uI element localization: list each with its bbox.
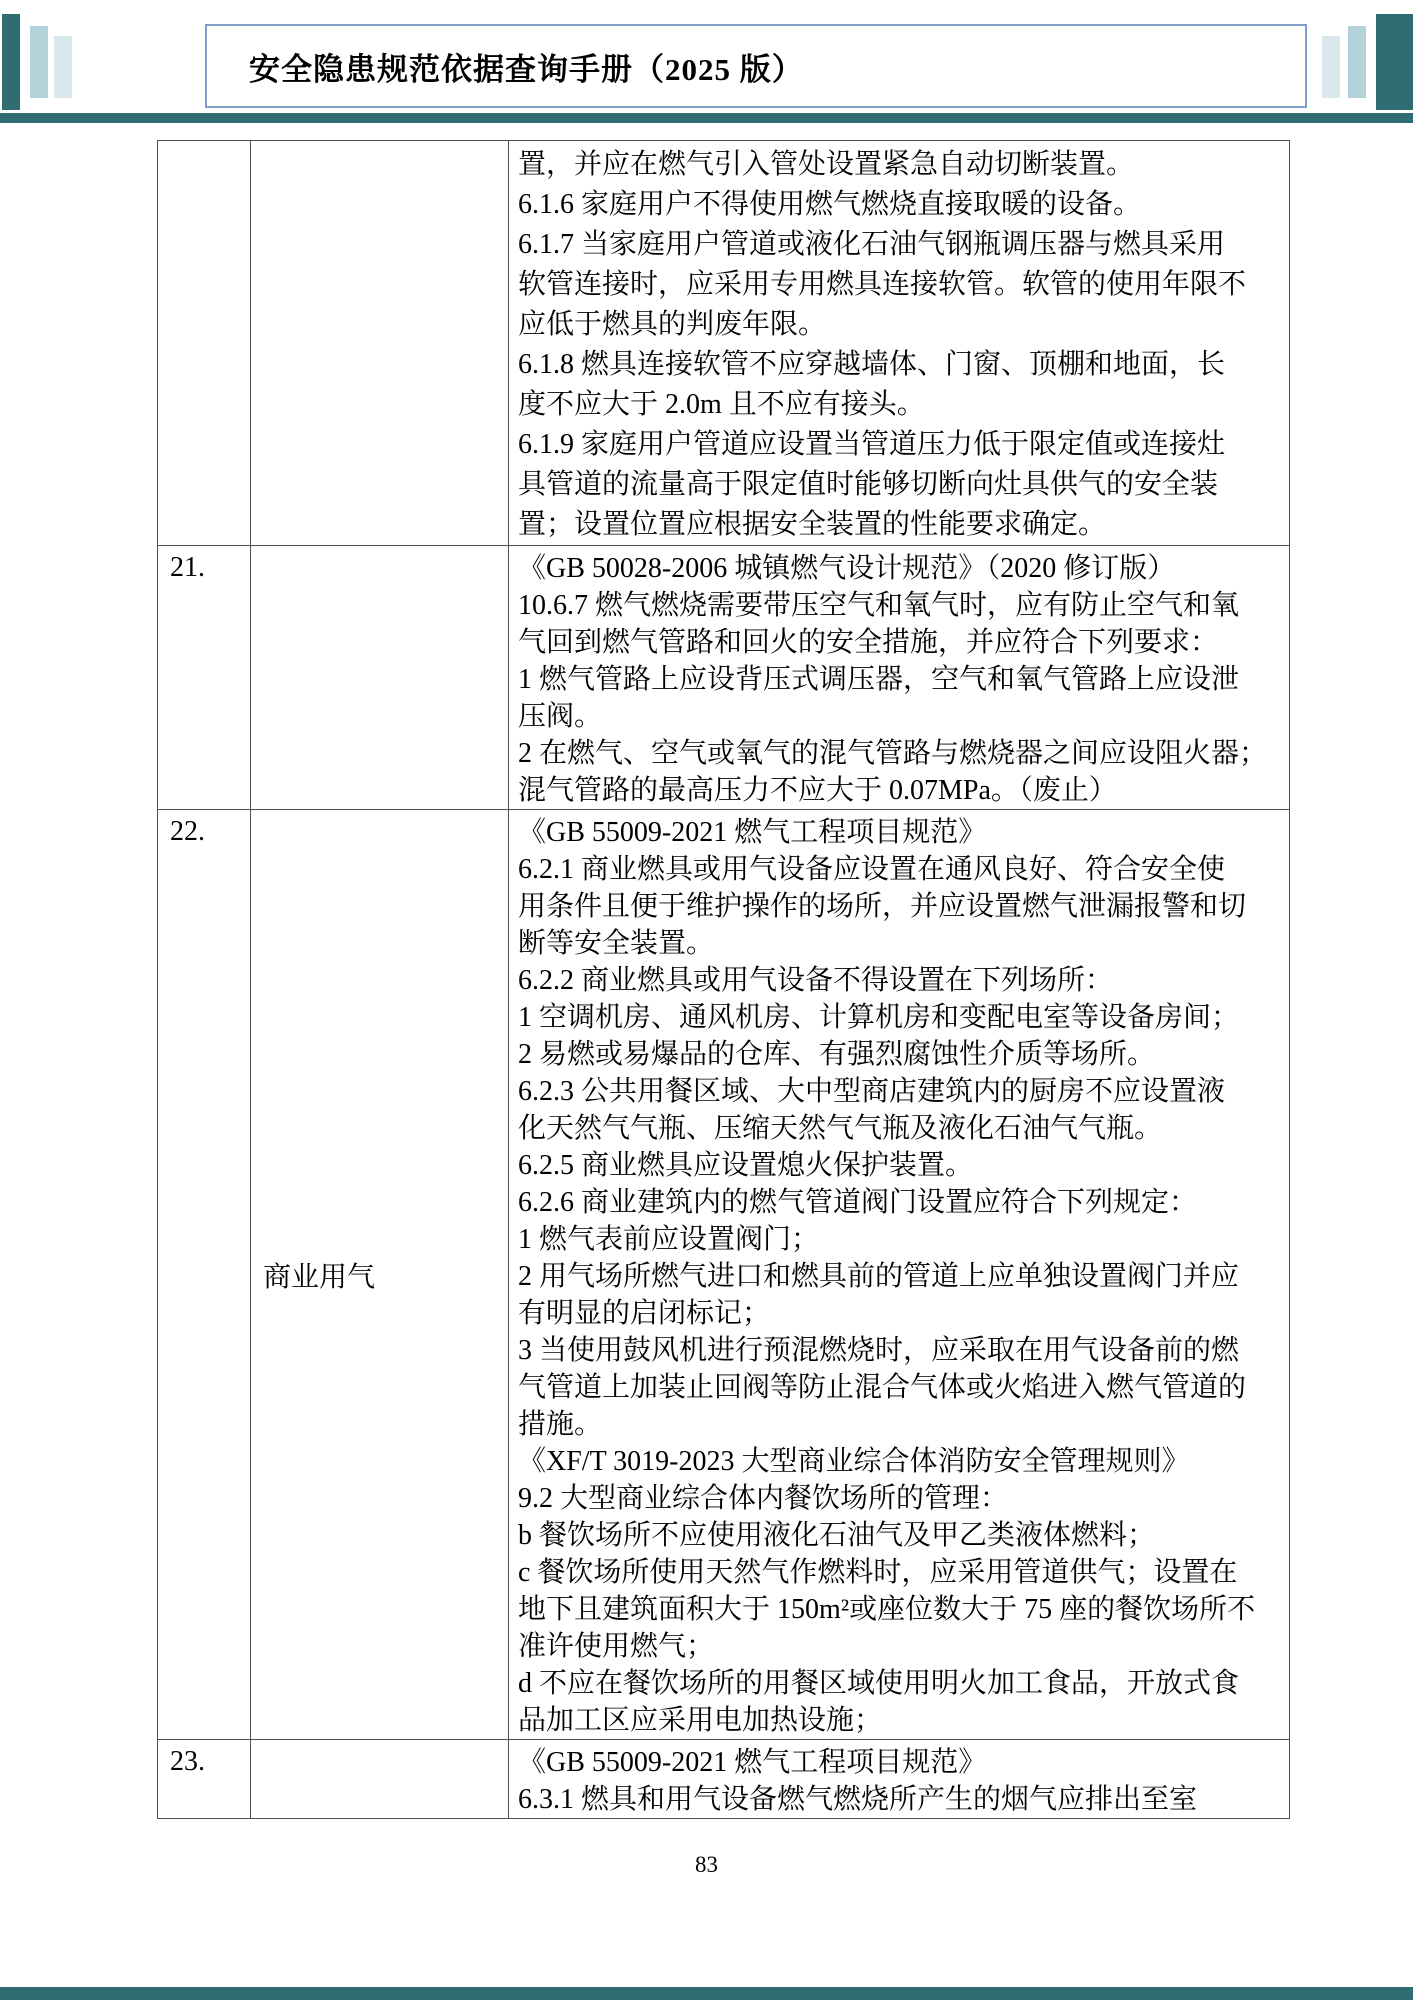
table-row: 22.商业用气《GB 55009-2021 燃气工程项目规范》6.2.1 商业燃… [158,810,1290,1740]
content-line: 混气管路的最高压力不应大于 0.07MPa。（废止） [518,772,1289,809]
content-line: 地下且建筑面积大于 150m²或座位数大于 75 座的餐饮场所不 [518,1591,1289,1628]
decorative-bar-right-dark [1376,14,1413,110]
content-line: 3 当使用鼓风机进行预混燃烧时，应采取在用气设备前的燃 [518,1332,1289,1369]
content-line: 措施。 [518,1406,1289,1443]
row-number-cell: 22. [158,810,251,1740]
content-line: 有明显的启闭标记； [518,1295,1289,1332]
content-cell: 《GB 55009-2021 燃气工程项目规范》6.3.1 燃具和用气设备燃气燃… [509,1740,1290,1819]
content-cell: 《GB 55009-2021 燃气工程项目规范》6.2.1 商业燃具或用气设备应… [509,810,1290,1740]
content-line: 具管道的流量高于限定值时能够切断向灶具供气的安全装 [518,465,1289,505]
content-line: 2 用气场所燃气进口和燃具前的管道上应单独设置阀门并应 [518,1258,1289,1295]
decorative-bar-left-pale [54,36,72,98]
category-cell [251,141,509,546]
content-line: 1 空调机房、通风机房、计算机房和变配电室等设备房间； [518,999,1289,1036]
content-line: c 餐饮场所使用天然气作燃料时，应采用管道供气；设置在 [518,1554,1289,1591]
content-line: 6.3.1 燃具和用气设备燃气燃烧所产生的烟气应排出至室 [518,1781,1289,1818]
content-line: 气回到燃气管路和回火的安全措施，并应符合下列要求： [518,624,1289,661]
content-line: 6.1.9 家庭用户管道应设置当管道压力低于限定值或连接灶 [518,425,1289,465]
content-line: 置；设置位置应根据安全装置的性能要求确定。 [518,505,1289,545]
content-line: 断等安全装置。 [518,925,1289,962]
row-number-cell: 23. [158,1740,251,1819]
decorative-bar-right-pale [1322,36,1340,98]
content-line: 2 易燃或易爆品的仓库、有强烈腐蚀性介质等场所。 [518,1036,1289,1073]
page-number: 83 [0,1852,1413,1878]
row-number-cell: 21. [158,546,251,810]
content-line: 6.1.6 家庭用户不得使用燃气燃烧直接取暖的设备。 [518,185,1289,225]
content-line: 压阀。 [518,698,1289,735]
content-line: 10.6.7 燃气燃烧需要带压空气和氧气时，应有防止空气和氧 [518,587,1289,624]
content-line: 《GB 50028-2006 城镇燃气设计规范》（2020 修订版） [518,550,1289,587]
content-line: b 餐饮场所不应使用液化石油气及甲乙类液体燃料； [518,1517,1289,1554]
content-line: 6.2.2 商业燃具或用气设备不得设置在下列场所： [518,962,1289,999]
content-cell: 置，并应在燃气引入管处设置紧急自动切断装置。6.1.6 家庭用户不得使用燃气燃烧… [509,141,1290,546]
content-line: 气管道上加装止回阀等防止混合气体或火焰进入燃气管道的 [518,1369,1289,1406]
content-line: 6.2.6 商业建筑内的燃气管道阀门设置应符合下列规定： [518,1184,1289,1221]
content-line: 《XF/T 3019-2023 大型商业综合体消防安全管理规则》 [518,1443,1289,1480]
content-line: 6.2.3 公共用餐区域、大中型商店建筑内的厨房不应设置液 [518,1073,1289,1110]
category-cell [251,1740,509,1819]
content-line: 1 燃气表前应设置阀门； [518,1221,1289,1258]
table-row: 置，并应在燃气引入管处设置紧急自动切断装置。6.1.6 家庭用户不得使用燃气燃烧… [158,141,1290,546]
content-line: d 不应在餐饮场所的用餐区域使用明火加工食品，开放式食 [518,1665,1289,1702]
content-line: 软管连接时，应采用专用燃具连接软管。软管的使用年限不 [518,265,1289,305]
content-line: 应低于燃具的判废年限。 [518,305,1289,345]
top-rule [0,113,1413,123]
table-row: 23.《GB 55009-2021 燃气工程项目规范》6.3.1 燃具和用气设备… [158,1740,1290,1819]
manual-page: 安全隐患规范依据查询手册（2025 版） 置，并应在燃气引入管处设置紧急自动切断… [0,0,1413,2000]
content-line: 6.2.1 商业燃具或用气设备应设置在通风良好、符合安全使 [518,851,1289,888]
content-line: 用条件且便于维护操作的场所，并应设置燃气泄漏报警和切 [518,888,1289,925]
content-line: 9.2 大型商业综合体内餐饮场所的管理： [518,1480,1289,1517]
page-title: 安全隐患规范依据查询手册（2025 版） [207,44,804,89]
content-line: 化天然气气瓶、压缩天然气气瓶及液化石油气气瓶。 [518,1110,1289,1147]
content-line: 6.2.5 商业燃具应设置熄火保护装置。 [518,1147,1289,1184]
category-cell: 商业用气 [251,810,509,1740]
content-line: 度不应大于 2.0m 且不应有接头。 [518,385,1289,425]
category-cell [251,546,509,810]
decorative-bar-left-mid [30,26,48,98]
table-row: 21.《GB 50028-2006 城镇燃气设计规范》（2020 修订版）10.… [158,546,1290,810]
content-line: 1 燃气管路上应设背压式调压器，空气和氧气管路上应设泄 [518,661,1289,698]
content-line: 《GB 55009-2021 燃气工程项目规范》 [518,1744,1289,1781]
content-line: 准许使用燃气； [518,1628,1289,1665]
bottom-rule [0,1987,1413,2000]
header-title-box: 安全隐患规范依据查询手册（2025 版） [205,24,1307,108]
content-line: 6.1.7 当家庭用户管道或液化石油气钢瓶调压器与燃具采用 [518,225,1289,265]
decorative-bar-right-mid [1348,26,1366,98]
content-line: 《GB 55009-2021 燃气工程项目规范》 [518,814,1289,851]
content-line: 2 在燃气、空气或氧气的混气管路与燃烧器之间应设阻火器； [518,735,1289,772]
regulations-table: 置，并应在燃气引入管处设置紧急自动切断装置。6.1.6 家庭用户不得使用燃气燃烧… [157,140,1290,1819]
content-line: 品加工区应采用电加热设施； [518,1702,1289,1739]
content-cell: 《GB 50028-2006 城镇燃气设计规范》（2020 修订版）10.6.7… [509,546,1290,810]
content-line: 置，并应在燃气引入管处设置紧急自动切断装置。 [518,145,1289,185]
row-number-cell [158,141,251,546]
decorative-bar-left-dark [2,14,20,110]
content-line: 6.1.8 燃具连接软管不应穿越墙体、门窗、顶棚和地面，长 [518,345,1289,385]
